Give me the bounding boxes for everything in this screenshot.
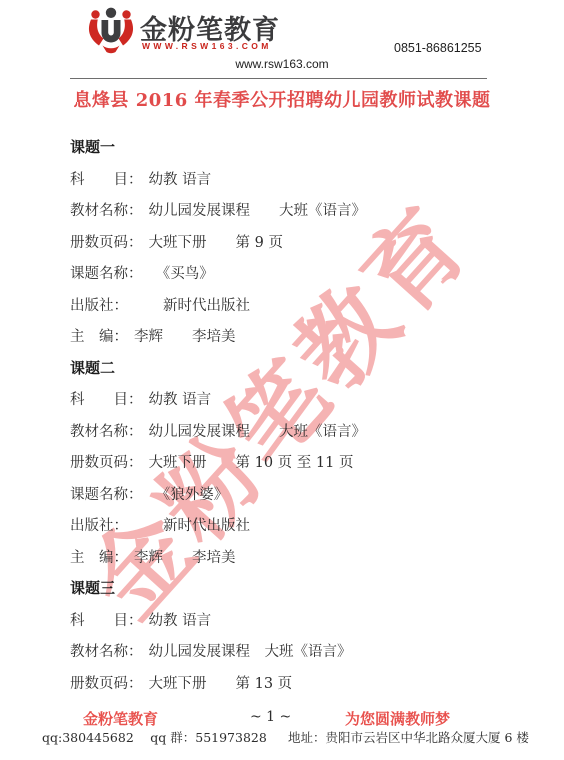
field-value: 大班下册 第 10 页 至 11 页: [149, 451, 354, 472]
field-label: 教材名称：: [70, 420, 143, 441]
field-row: 科 目：幼教 语言: [70, 163, 500, 195]
field-value: 幼儿园发展课程 大班《语言》: [149, 640, 352, 661]
field-row: 册数页码：大班下册 第 13 页: [70, 667, 500, 699]
field-value: 幼教 语言: [149, 609, 212, 630]
footer-brand: 金粉笔教育: [83, 708, 158, 729]
field-label: 科 目：: [70, 388, 143, 409]
brand-logo-icon: [86, 7, 136, 54]
document-header: 金粉笔教育 WWW.RSW163.COM 0851-86861255 www.r…: [0, 0, 564, 80]
field-row: 出版社： 新时代出版社: [70, 509, 500, 541]
field-row: 课题名称： 《狼外婆》: [70, 478, 500, 510]
field-label: 课题名称：: [70, 262, 143, 283]
field-row: 主 编：李辉 李培美: [70, 320, 500, 352]
field-value: 幼教 语言: [149, 388, 212, 409]
field-label: 教材名称：: [70, 199, 143, 220]
field-row: 教材名称：幼儿园发展课程 大班《语言》: [70, 415, 500, 447]
field-row: 课题名称： 《买鸟》: [70, 257, 500, 289]
field-row: 科 目：幼教 语言: [70, 383, 500, 415]
field-label: 出版社：: [70, 514, 128, 535]
document-body: 课题一 科 目：幼教 语言 教材名称：幼儿园发展课程 大班《语言》 册数页码：大…: [70, 131, 500, 698]
topic-section-1: 课题一 科 目：幼教 语言 教材名称：幼儿园发展课程 大班《语言》 册数页码：大…: [70, 131, 500, 352]
field-value: 大班下册 第 13 页: [149, 672, 293, 693]
footer-address: 地址：贵阳市云岩区中华北路众厦大厦 6 楼: [288, 728, 529, 746]
field-label: 科 目：: [70, 168, 143, 189]
field-label: 科 目：: [70, 609, 143, 630]
header-divider: [70, 78, 487, 79]
field-value: 大班下册 第 9 页: [149, 231, 283, 252]
field-label: 册数页码：: [70, 451, 143, 472]
section-heading: 课题一: [70, 131, 500, 163]
field-row: 科 目：幼教 语言: [70, 604, 500, 636]
field-value: 《买鸟》: [149, 262, 214, 283]
field-label: 出版社：: [70, 294, 128, 315]
field-value: 新时代出版社: [134, 294, 250, 315]
phone-number: 0851-86861255: [394, 41, 482, 55]
brand-site-url: WWW.RSW163.COM: [142, 41, 272, 51]
field-value: 幼儿园发展课程 大班《语言》: [149, 420, 367, 441]
website-text: www.rsw163.com: [0, 57, 564, 71]
field-row: 教材名称：幼儿园发展课程 大班《语言》: [70, 194, 500, 226]
field-value: 《狼外婆》: [149, 483, 229, 504]
field-value: 幼儿园发展课程 大班《语言》: [149, 199, 367, 220]
section-heading: 课题二: [70, 352, 500, 384]
topic-section-3: 课题三 科 目：幼教 语言 教材名称：幼儿园发展课程 大班《语言》 册数页码：大…: [70, 572, 500, 698]
field-row: 册数页码：大班下册 第 10 页 至 11 页: [70, 446, 500, 478]
field-row: 教材名称：幼儿园发展课程 大班《语言》: [70, 635, 500, 667]
field-row: 册数页码：大班下册 第 9 页: [70, 226, 500, 258]
field-label: 教材名称：: [70, 640, 143, 661]
field-value: 李辉 李培美: [134, 325, 236, 346]
section-heading: 课题三: [70, 572, 500, 604]
page-number: ~ 1 ~: [250, 709, 291, 725]
document-footer: 金粉笔教育 ~ 1 ~ 为您圆满教师梦 qq:380445682 qq 群：55…: [0, 700, 564, 760]
field-label: 课题名称：: [70, 483, 143, 504]
field-label: 册数页码：: [70, 672, 143, 693]
field-value: 李辉 李培美: [134, 546, 236, 567]
field-label: 主 编：: [70, 546, 128, 567]
footer-qq-contacts: qq:380445682 qq 群：551973828: [42, 728, 267, 746]
field-value: 幼教 语言: [149, 168, 212, 189]
field-label: 主 编：: [70, 325, 128, 346]
field-row: 出版社： 新时代出版社: [70, 289, 500, 321]
field-row: 主 编：李辉 李培美: [70, 541, 500, 573]
field-label: 册数页码：: [70, 231, 143, 252]
footer-slogan: 为您圆满教师梦: [345, 708, 450, 729]
field-value: 新时代出版社: [134, 514, 250, 535]
topic-section-2: 课题二 科 目：幼教 语言 教材名称：幼儿园发展课程 大班《语言》 册数页码：大…: [70, 352, 500, 573]
document-page: 金粉笔教育 金粉笔教育 WWW.RSW163.COM 0851-86861255…: [0, 0, 564, 760]
document-title: 息烽县 2016 年春季公开招聘幼儿园教师试教课题: [0, 86, 564, 112]
